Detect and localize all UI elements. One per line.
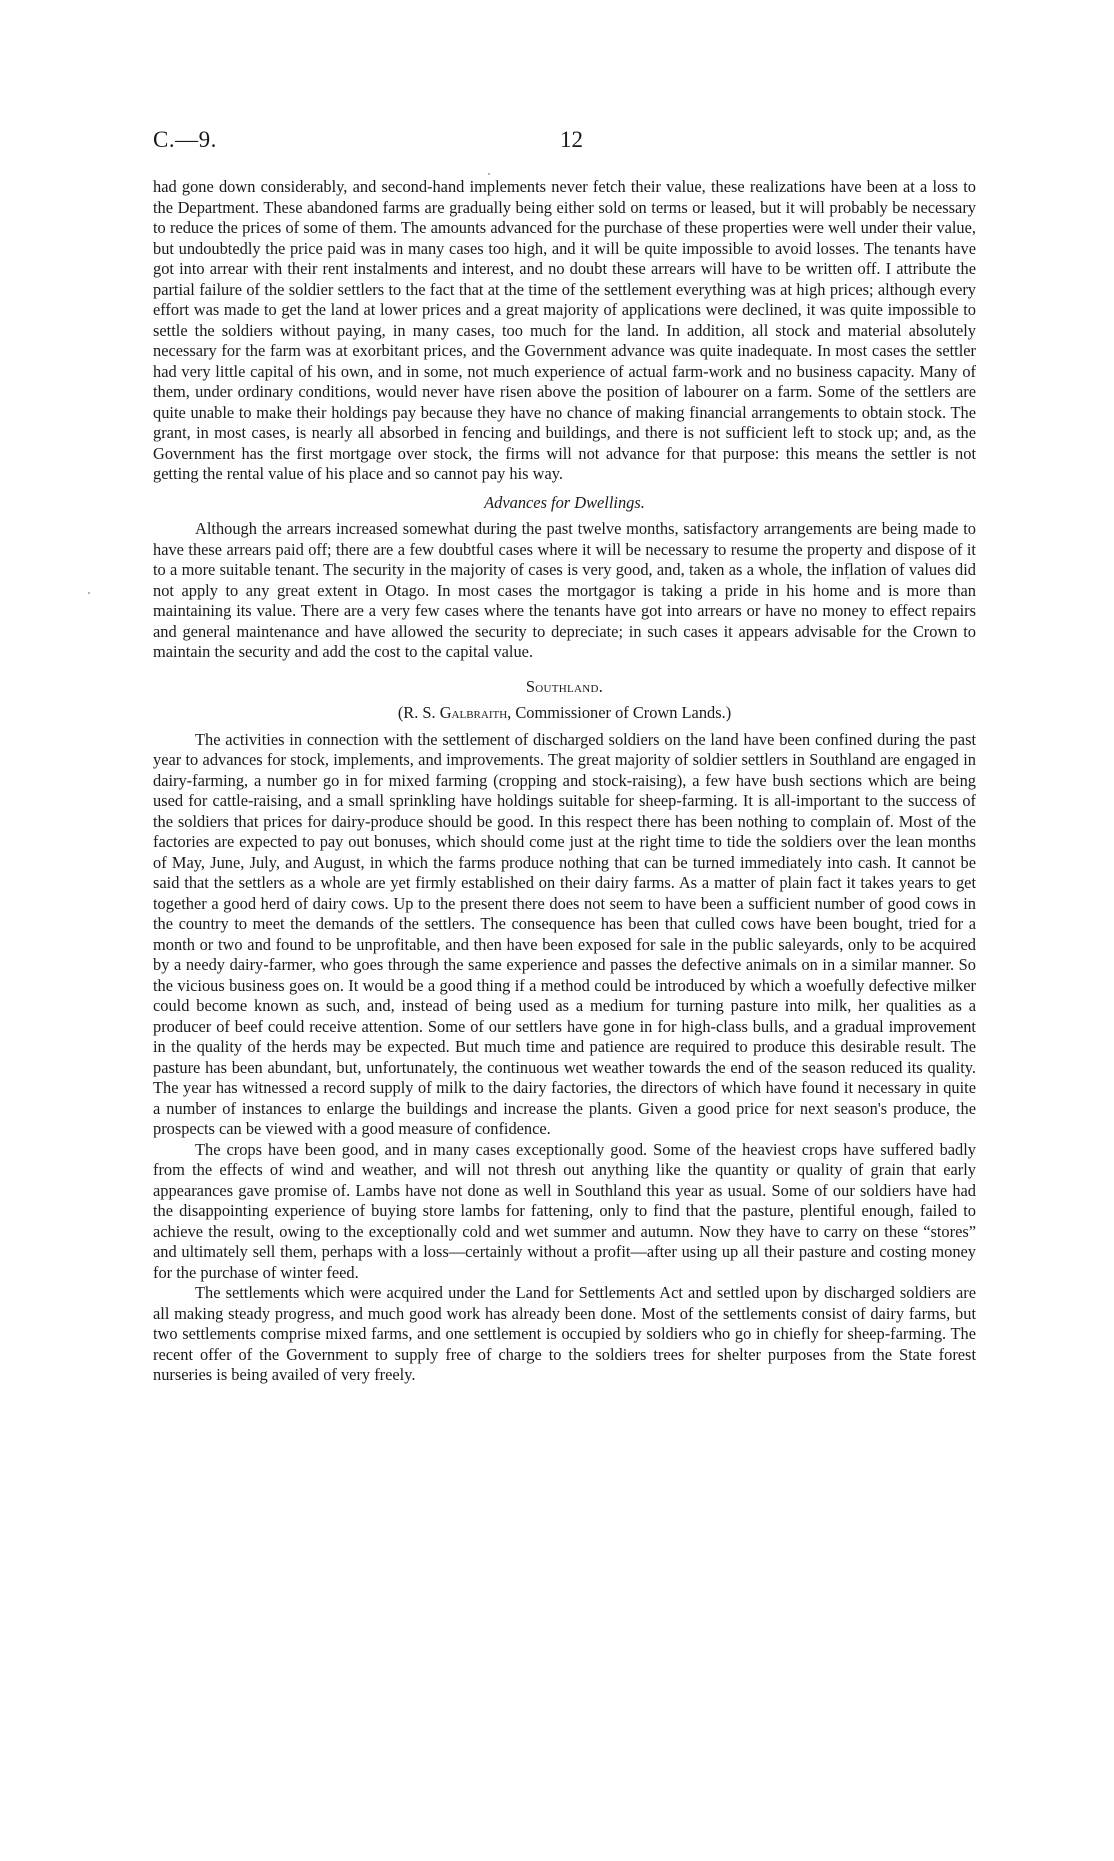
running-head: C.—9. 12 <box>153 127 963 157</box>
paragraph-southland-1: The activities in connection with the se… <box>153 730 976 1140</box>
document-page: C.—9. 12 had gone down considerably, and… <box>0 0 1114 1861</box>
scan-speck <box>847 577 849 579</box>
page-number: 12 <box>560 127 583 153</box>
document-code: C.—9. <box>153 127 217 153</box>
paragraph-dwellings: Although the arrears increased somewhat … <box>153 519 976 663</box>
scan-speck <box>488 173 490 175</box>
paragraph-southland-3: The settlements which were acquired unde… <box>153 1283 976 1386</box>
byline-title: , Commissioner of Crown Lands.) <box>507 703 731 722</box>
paragraph-southland-2: The crops have been good, and in many ca… <box>153 1140 976 1284</box>
body-text: had gone down considerably, and second-h… <box>153 177 976 1386</box>
byline-name: R. S. Galbraith <box>403 703 507 722</box>
section-heading-southland: Southland. <box>153 677 976 698</box>
byline: (R. S. Galbraith, Commissioner of Crown … <box>153 703 976 724</box>
continuation-paragraph: had gone down considerably, and second-h… <box>153 177 976 485</box>
scan-speck <box>88 592 90 594</box>
section-heading-dwellings: Advances for Dwellings. <box>153 493 976 514</box>
